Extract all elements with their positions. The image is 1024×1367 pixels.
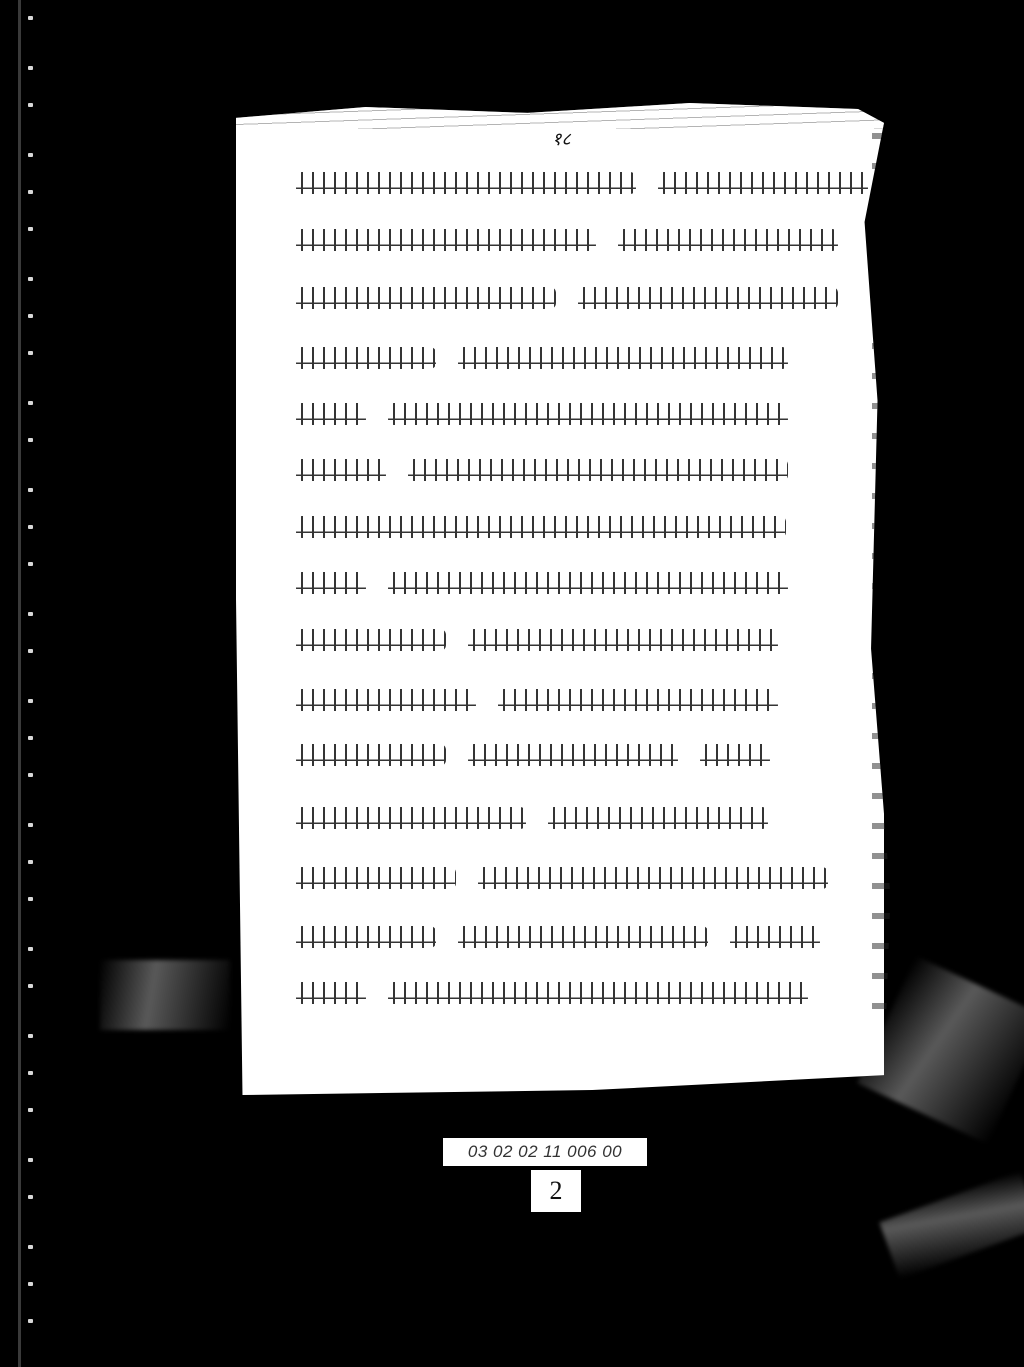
page-torn-top-edge <box>236 103 884 129</box>
handwritten-word <box>296 287 556 309</box>
manuscript-line: [handwritten script line 10] <box>296 680 778 720</box>
manuscript-line: [handwritten script line 2] <box>296 220 838 260</box>
film-edge-mark <box>28 103 33 107</box>
handwritten-word <box>296 807 526 829</box>
film-edge-mark <box>28 1282 33 1286</box>
handwritten-word <box>468 629 778 651</box>
folio-mark: १८ <box>552 127 571 151</box>
film-edge-mark <box>28 16 33 20</box>
handwritten-word <box>478 867 828 889</box>
handwritten-word <box>296 689 476 711</box>
handwritten-word <box>296 572 366 594</box>
handwritten-word <box>458 926 708 948</box>
film-edge-mark <box>28 1245 33 1249</box>
manuscript-line: [handwritten script line 14] <box>296 917 820 957</box>
manuscript-line: [handwritten script line 5] <box>296 394 788 434</box>
background-cloth-highlight <box>879 1171 1024 1279</box>
handwritten-word <box>388 572 788 594</box>
handwritten-word <box>388 982 808 1004</box>
film-edge-mark <box>28 736 33 740</box>
handwritten-word <box>296 229 596 251</box>
manuscript-line: [handwritten script line 15] <box>296 973 808 1013</box>
handwritten-word <box>408 459 788 481</box>
manuscript-line: [handwritten script line 7] <box>296 507 786 547</box>
handwritten-word <box>296 867 456 889</box>
film-edge-mark <box>28 897 33 901</box>
film-edge-mark <box>28 1195 33 1199</box>
page-damaged-edge <box>872 133 890 1033</box>
film-edge-mark <box>28 649 33 653</box>
manuscript-line: [handwritten script line 4] <box>296 338 788 378</box>
film-edge-mark <box>28 1034 33 1038</box>
manuscript-line: [handwritten script line 12] <box>296 798 768 838</box>
handwritten-word <box>296 459 386 481</box>
handwritten-word <box>296 172 636 194</box>
film-edge-mark <box>28 314 33 318</box>
handwritten-word <box>578 287 838 309</box>
handwritten-word <box>498 689 778 711</box>
film-edge-mark <box>28 190 33 194</box>
handwritten-word <box>296 629 446 651</box>
film-edge-mark <box>28 612 33 616</box>
handwritten-word <box>296 403 366 425</box>
handwritten-word <box>296 744 446 766</box>
film-edge-mark <box>28 562 33 566</box>
handwritten-word <box>700 744 770 766</box>
handwritten-word <box>730 926 820 948</box>
scan-edge-strip <box>18 0 21 1367</box>
film-edge-mark <box>28 860 33 864</box>
film-edge-mark <box>28 823 33 827</box>
manuscript-line: [handwritten script line 1] <box>296 163 868 203</box>
film-edge-mark <box>28 699 33 703</box>
manuscript-line: [handwritten script line 6] <box>296 450 788 490</box>
handwritten-word <box>296 347 436 369</box>
film-edge-mark <box>28 488 33 492</box>
handwritten-word <box>296 926 436 948</box>
manuscript-line: [handwritten script line 13] <box>296 858 828 898</box>
film-edge-mark <box>28 773 33 777</box>
handwritten-word <box>618 229 838 251</box>
handwritten-word <box>458 347 788 369</box>
film-edge-mark <box>28 1108 33 1112</box>
film-edge-mark <box>28 947 33 951</box>
handwritten-word <box>548 807 768 829</box>
film-edge-mark <box>28 438 33 442</box>
film-edge-mark <box>28 66 33 70</box>
film-edge-mark <box>28 984 33 988</box>
film-edge-mark <box>28 1071 33 1075</box>
film-edge-mark <box>28 351 33 355</box>
manuscript-line: [handwritten script line 3] <box>296 278 838 318</box>
film-edge-mark <box>28 1158 33 1162</box>
manuscript-line: [handwritten script line 8] <box>296 563 788 603</box>
handwritten-word <box>296 982 366 1004</box>
archive-reference-label: 03 02 02 11 006 00 <box>443 1138 647 1166</box>
film-edge-mark <box>28 525 33 529</box>
film-edge-mark <box>28 1319 33 1323</box>
film-edge-mark <box>28 153 33 157</box>
handwritten-word <box>388 403 788 425</box>
film-edge-mark <box>28 277 33 281</box>
background-cloth-highlight <box>100 960 230 1030</box>
handwritten-word <box>468 744 678 766</box>
handwritten-word <box>296 516 786 538</box>
manuscript-page: १८ [handwritten script line 1][handwritt… <box>236 103 884 1095</box>
film-edge-mark <box>28 401 33 405</box>
manuscript-line: [handwritten script line 11] <box>296 735 770 775</box>
manuscript-line: [handwritten script line 9] <box>296 620 778 660</box>
film-edge-mark <box>28 227 33 231</box>
page-number-tag: 2 <box>531 1170 581 1212</box>
handwritten-word <box>658 172 868 194</box>
